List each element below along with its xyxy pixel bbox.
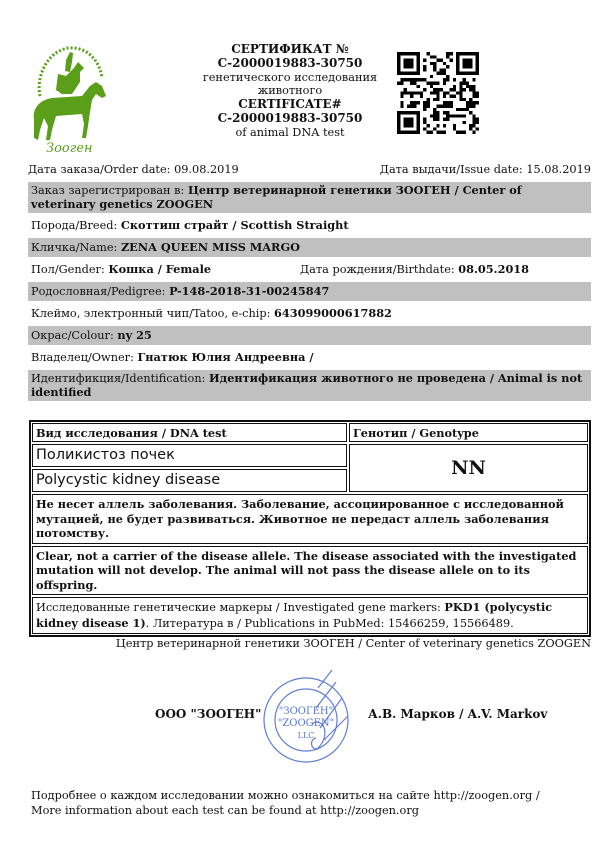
svg-text:"ZOOGEN": "ZOOGEN" — [278, 718, 335, 729]
result-en: Clear, not a carrier of the disease alle… — [32, 546, 588, 596]
animal-info: Заказ зарегистрирован в: Центр ветеринар… — [28, 182, 591, 404]
stamp-seal-icon: "ЗООГЕН" "ZOOGEN" LLC — [258, 668, 358, 768]
cert-en-title: CERTIFICATE# — [190, 98, 390, 112]
birthdate: Дата рождения/Birthdate: 08.05.2018 — [300, 261, 529, 278]
order-date: Дата заказа/Order date: 09.08.2019 — [28, 163, 239, 176]
svg-text:"ЗООГЕН": "ЗООГЕН" — [279, 706, 333, 717]
identification-row: Идентификция/Identification: Идентификац… — [28, 370, 591, 401]
owner-row: Владелец/Owner: Гнатюк Юлия Андреевна / — [28, 348, 591, 367]
disease-name-en: Polycystic kidney disease — [32, 469, 347, 492]
more-info-note: Подробнее о каждом исследовании можно оз… — [31, 789, 571, 818]
disease-name-ru: Поликистоз почек — [32, 444, 347, 467]
colour-row: Окрас/Colour: ny 25 — [28, 326, 591, 345]
cert-number-en: C-2000019883-30750 — [190, 112, 390, 126]
cert-ru-subtitle-2: животного — [190, 84, 390, 98]
breed-row: Порода/Breed: Скоттиш страйт / Scottish … — [28, 216, 591, 235]
cert-ru-subtitle-1: генетического исследования — [190, 71, 390, 85]
center-name-line: Центр ветеринарной генетики ЗООГЕН / Cen… — [0, 637, 591, 650]
svg-text:Зооген: Зооген — [46, 141, 93, 156]
organization-name: ООО "ЗООГЕН" — [155, 707, 261, 721]
gender-birthdate-row: Пол/Gender: Кошка / Female Дата рождения… — [28, 260, 591, 279]
pedigree-row: Родословная/Pedigree: P-148-2018-31-0024… — [28, 282, 591, 301]
genotype-value: NN — [349, 444, 588, 492]
name-row: Кличка/Name: ZENA QUEEN MISS MARGO — [28, 238, 591, 257]
header-dna-test: Вид исследования / DNA test — [32, 423, 347, 442]
dates-row: Дата заказа/Order date: 09.08.2019 Дата … — [28, 161, 591, 179]
cert-en-subtitle: of animal DNA test — [190, 126, 390, 140]
chip-row: Клеймо, электронный чип/Tatoo, e-chip: 6… — [28, 304, 591, 323]
issue-date: Дата выдачи/Issue date: 15.08.2019 — [380, 161, 591, 179]
horse-rider-logo-icon: Зооген — [26, 38, 108, 156]
cert-ru-title: СЕРТИФИКАТ № — [190, 43, 390, 57]
header-genotype: Генотип / Genotype — [349, 423, 588, 442]
signer-name: А.В. Марков / A.V. Markov — [368, 707, 547, 721]
qr-code — [397, 52, 479, 134]
qr-code-icon — [397, 52, 479, 134]
dna-test-table: Вид исследования / DNA test Поликистоз п… — [29, 420, 591, 637]
certificate-heading: СЕРТИФИКАТ № C-2000019883-30750 генетиче… — [190, 43, 390, 140]
svg-text:LLC: LLC — [298, 731, 315, 740]
result-ru: Не несет аллель заболевания. Заболевание… — [32, 494, 588, 544]
gender: Пол/Gender: Кошка / Female — [31, 263, 211, 276]
registered-row: Заказ зарегистрирован в: Центр ветеринар… — [28, 182, 591, 213]
cert-number-ru: C-2000019883-30750 — [190, 57, 390, 71]
zoogen-logo: Зооген — [26, 38, 108, 156]
markers-info: Исследованные генетические маркеры / Inv… — [32, 597, 588, 634]
official-stamp: "ЗООГЕН" "ZOOGEN" LLC — [258, 668, 358, 768]
